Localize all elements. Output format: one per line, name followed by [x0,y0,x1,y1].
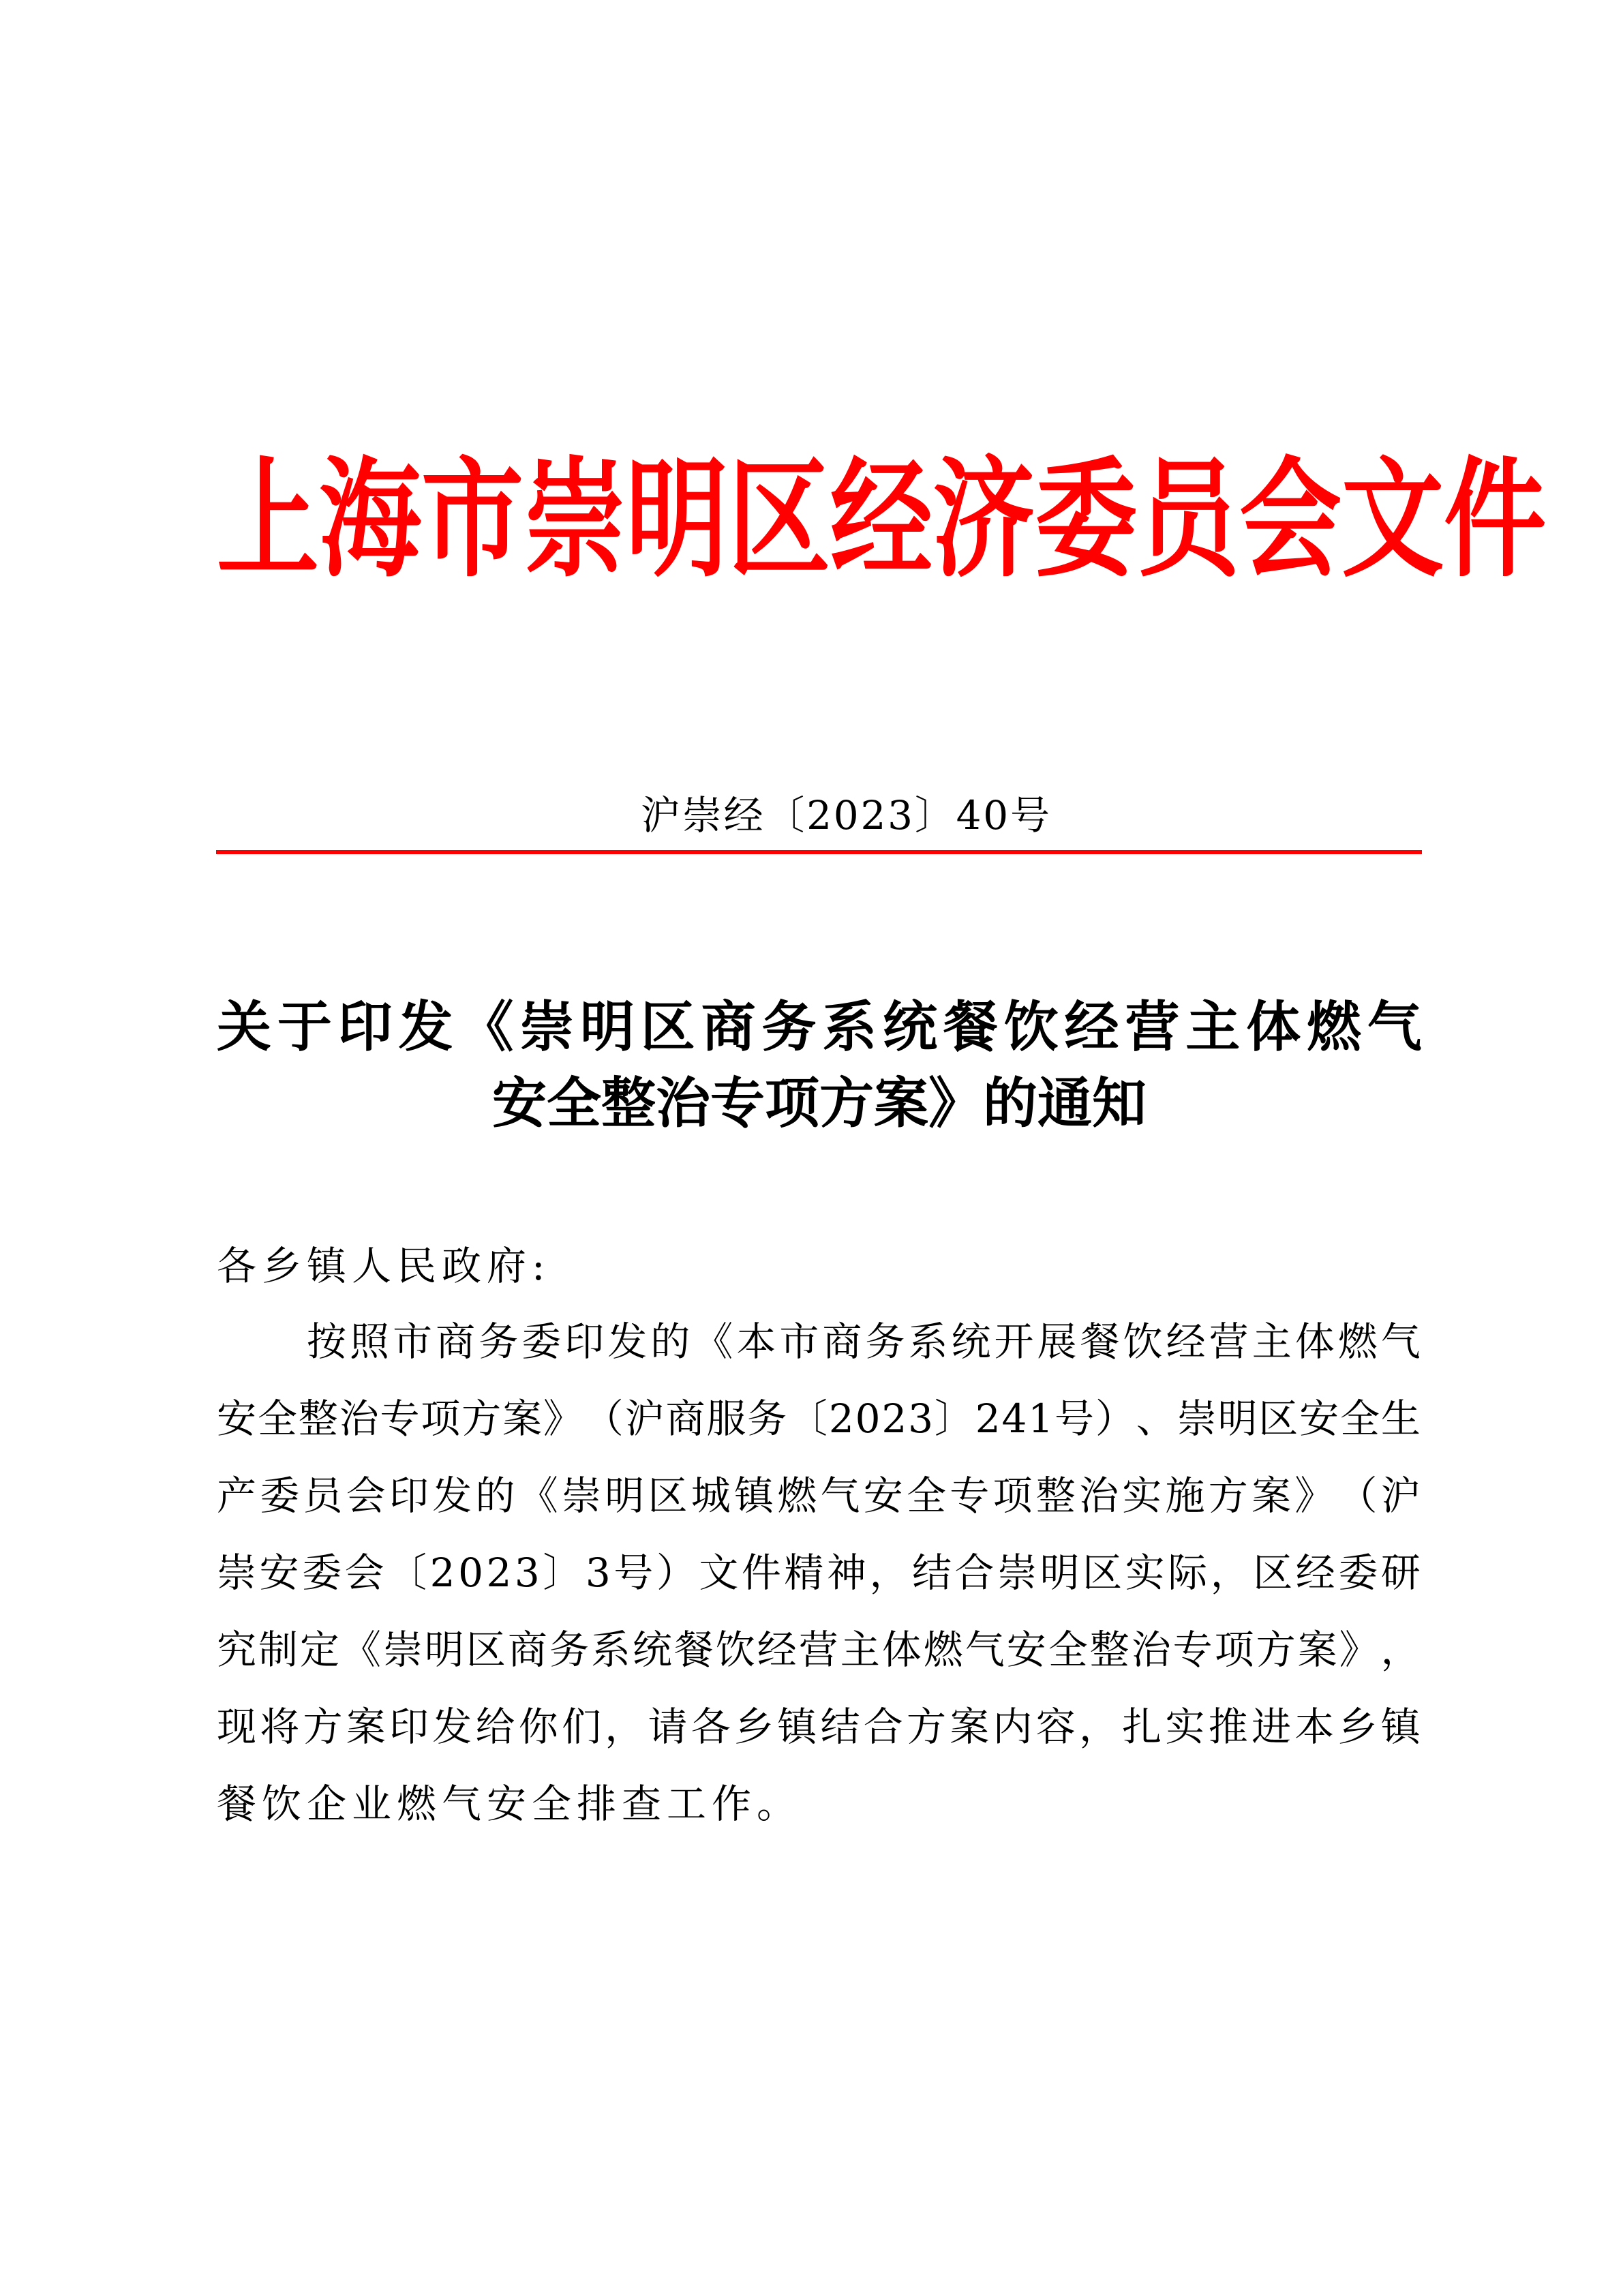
notice-title: 关于印发《崇明区商务系统餐饮经营主体燃气 安全整治专项方案》的通知 [217,988,1422,1141]
notice-title-line-2: 安全整治专项方案》的通知 [217,1065,1422,1141]
masthead-text: 上海市崇明区经济委员会文件 [217,453,1451,586]
notice-body: 各乡镇人民政府: 按照市商务委印发的《本市商务系统开展餐饮经营主体燃气 安全整治… [217,1235,1421,1850]
masthead-title: 上海市崇明区经济委员会文件 [217,458,1451,581]
body-line-6: 现将方案印发给你们，请各乡镇结合方案内容，扎实推进本乡镇 [217,1696,1421,1773]
body-line-2: 安全整治专项方案》（沪商服务〔2023〕241号）、崇明区安全生 [217,1388,1421,1465]
salutation: 各乡镇人民政府: [217,1235,1421,1311]
body-line-5: 究制定《崇明区商务系统餐饮经营主体燃气安全整治专项方案》， [217,1619,1421,1696]
notice-title-line-1: 关于印发《崇明区商务系统餐饮经营主体燃气 [217,988,1422,1065]
body-line-7: 餐饮企业燃气安全排查工作。 [217,1773,1421,1850]
red-divider-rule [216,850,1422,854]
body-line-3: 产委员会印发的《崇明区城镇燃气安全专项整治实施方案》（沪 [217,1465,1421,1542]
document-page: 上海市崇明区经济委员会文件 沪崇经〔2023〕40号 关于印发《崇明区商务系统餐… [0,0,1623,2296]
body-line-1: 按照市商务委印发的《本市商务系统开展餐饮经营主体燃气 [217,1311,1421,1388]
body-line-4: 崇安委会〔2023〕3号）文件精神，结合崇明区实际，区经委研 [217,1542,1421,1619]
document-number: 沪崇经〔2023〕40号 [641,789,1050,841]
